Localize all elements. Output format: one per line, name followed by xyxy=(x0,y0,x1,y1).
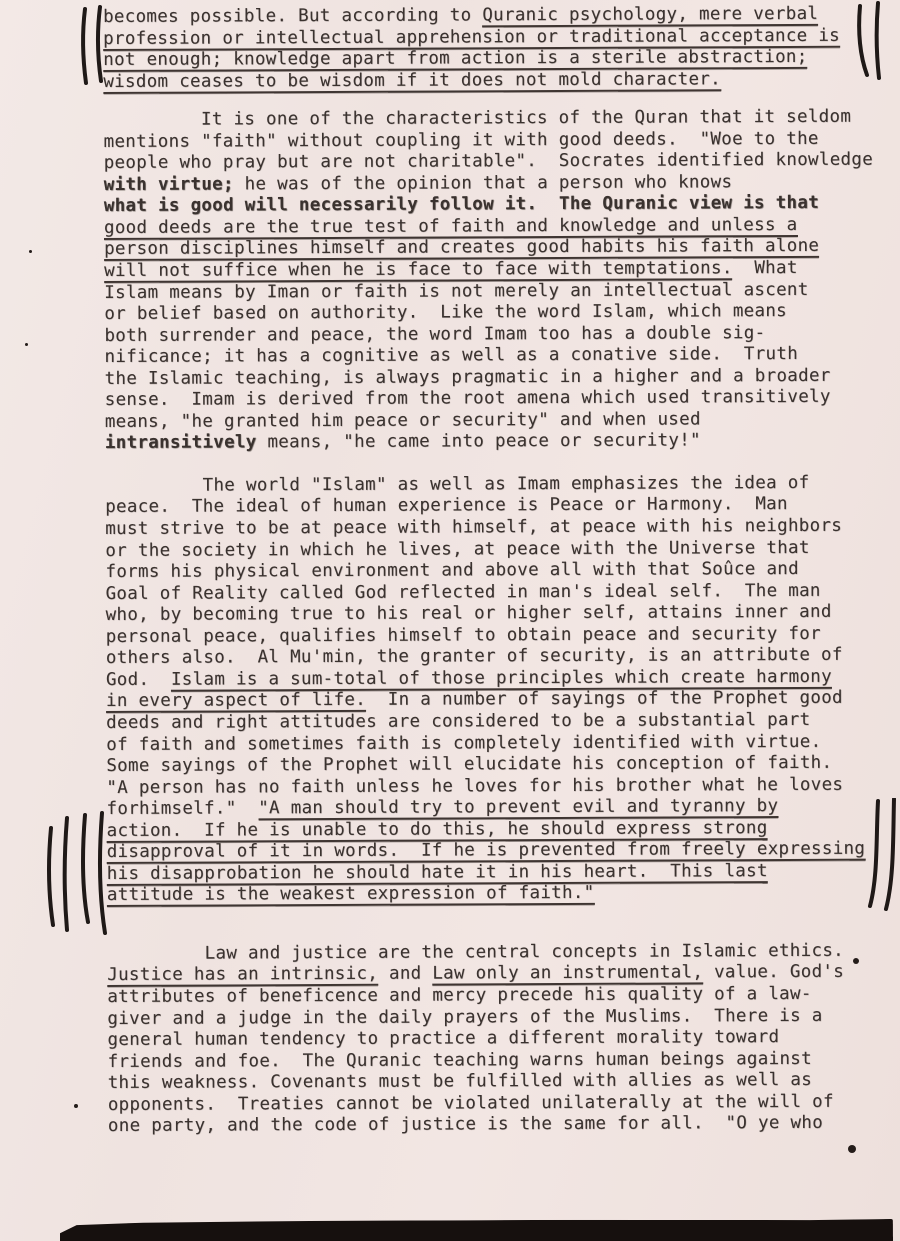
text-line: disapproval of it in words. If he is pre… xyxy=(107,839,877,864)
text-segment: who, by becoming true to his real or hig… xyxy=(106,602,832,625)
text-segment: peace. The ideal of human experience is … xyxy=(105,495,788,518)
underlined-text: attitude is the weakest expression of fa… xyxy=(107,883,595,907)
text-segment: It is one of the characteristics of the … xyxy=(103,107,851,130)
text-segment: personal peace, qualifies himself to obt… xyxy=(106,624,821,647)
paragraph: becomes possible. But according to Quran… xyxy=(103,4,873,94)
paragraph: Law and justice are the central concepts… xyxy=(107,941,878,1138)
ink-speck xyxy=(848,1145,856,1153)
ink-speck xyxy=(25,343,28,346)
text-segment: or the society in which he lives, at pea… xyxy=(105,537,809,560)
text-segment: means, "he granted him peace or security… xyxy=(105,409,701,432)
underlined-text: Justice has an intrinsic, xyxy=(107,964,378,987)
text-segment: Goal of Reality called God reflected in … xyxy=(106,581,821,604)
text-segment: deeds and right attitudes are considered… xyxy=(106,710,810,733)
text-segment: friends and foe. The Quranic teaching wa… xyxy=(108,1049,812,1072)
underlined-text: not enough; knowledge apart from action … xyxy=(103,47,807,72)
text-segment: and xyxy=(378,964,432,984)
emphasis-lines-mid-left-icon xyxy=(44,810,112,938)
text-line: one party, and the code of justice is th… xyxy=(108,1113,878,1138)
text-segment: The world "Islam" as well as Imam emphas… xyxy=(105,473,809,496)
text-segment: must strive to be at peace with himself,… xyxy=(105,516,842,539)
text-segment: forhimself." xyxy=(106,798,258,819)
text-segment: value. God's xyxy=(703,962,844,983)
text-segment: forms his physical environment and above… xyxy=(105,559,799,582)
underlined-text: Quranic psychology, mere verbal xyxy=(482,4,818,27)
ink-speck xyxy=(29,250,32,253)
text-segment: both surrender and peace, the word Imam … xyxy=(104,323,765,346)
text-line: intransitively means, "he came into peac… xyxy=(105,430,875,455)
text-segment: giver and a judge in the daily prayers o… xyxy=(107,1005,822,1028)
text-segment: others also. Al Mu'min, the granter of s… xyxy=(106,645,843,668)
text-line: forhimself." "A man should try to preven… xyxy=(106,796,876,821)
ink-speck xyxy=(853,958,859,964)
text-segment: What xyxy=(733,258,798,278)
emphasis-lines-mid-right-icon xyxy=(866,798,900,914)
emphasis-lines-top-left-icon xyxy=(76,5,110,89)
text-segment: opponents. Treaties cannot be violated u… xyxy=(108,1092,834,1115)
underlined-text: in every aspect of life. xyxy=(106,690,366,713)
text-segment: with virtue; xyxy=(104,174,234,195)
paragraph: It is one of the characteristics of the … xyxy=(103,107,874,455)
typewritten-text: becomes possible. But according to Quran… xyxy=(103,4,878,1138)
text-line: people who pray but are not charitable".… xyxy=(104,150,874,175)
text-segment: Law and justice are the central concepts… xyxy=(107,941,844,964)
text-line: sense. Imam is derived from the root ame… xyxy=(105,387,875,412)
text-line: his disapprobation he should hate it in … xyxy=(107,860,877,885)
text-segment: or belief based on authority. Like the w… xyxy=(104,301,787,324)
paragraph: The world "Islam" as well as Imam emphas… xyxy=(105,473,877,907)
underlined-text: his disapprobation he should hate it in … xyxy=(107,861,768,886)
text-segment: people who pray but are not charitable".… xyxy=(104,150,873,173)
text-segment: mentions "faith" without coupling it wit… xyxy=(104,129,819,152)
text-line: becomes possible. But according to Quran… xyxy=(103,4,873,29)
underlined-text: wisdom ceases to be wisdom if it does no… xyxy=(103,69,721,94)
text-line: attitude is the weakest expression of fa… xyxy=(107,882,877,907)
text-segment: becomes possible. But according to xyxy=(103,5,482,27)
text-segment: one party, and the code of justice is th… xyxy=(108,1113,823,1136)
text-segment: means, "he came into peace or security!" xyxy=(257,431,701,453)
text-segment: Some sayings of the Prophet will elucida… xyxy=(106,753,832,776)
text-segment: intransitively xyxy=(105,433,257,454)
text-segment: "A person has no faith unless he loves f… xyxy=(106,774,843,797)
text-segment: In a number of sayings of the Prophet go… xyxy=(366,688,843,710)
scanned-page: becomes possible. But according to Quran… xyxy=(0,0,900,1241)
text-line: wisdom ceases to be wisdom if it does no… xyxy=(103,68,873,93)
scan-edge-black-band xyxy=(60,1219,893,1241)
text-segment: Islam means by Iman or faith is not mere… xyxy=(104,279,808,302)
text-segment: attributes of beneficence and mercy prec… xyxy=(107,984,811,1007)
text-segment: of faith and sometimes faith is complete… xyxy=(106,731,821,754)
text-segment: the Islamic teaching, is always pragmati… xyxy=(105,366,831,389)
text-segment: God. xyxy=(106,670,171,690)
underlined-text: Law only an instrumental, xyxy=(432,963,703,986)
text-line: not enough; knowledge apart from action … xyxy=(103,47,873,72)
ink-speck xyxy=(74,1104,78,1108)
text-segment: nificance; it has a cognitive as well as… xyxy=(104,344,798,367)
text-segment: sense. Imam is derived from the root ame… xyxy=(105,387,831,410)
text-segment: he was of the opinion that a person who … xyxy=(234,172,733,194)
text-segment: this weakness. Covenants must be fulfill… xyxy=(108,1070,812,1093)
text-line: others also. Al Mu'min, the granter of s… xyxy=(106,645,876,670)
emphasis-lines-top-right-icon xyxy=(851,1,889,83)
text-segment: what is good will necessarily follow it.… xyxy=(104,193,819,216)
text-segment: general human tendency to practice a dif… xyxy=(107,1027,779,1050)
underlined-text: "A man should try to prevent evil and ty… xyxy=(258,796,778,820)
